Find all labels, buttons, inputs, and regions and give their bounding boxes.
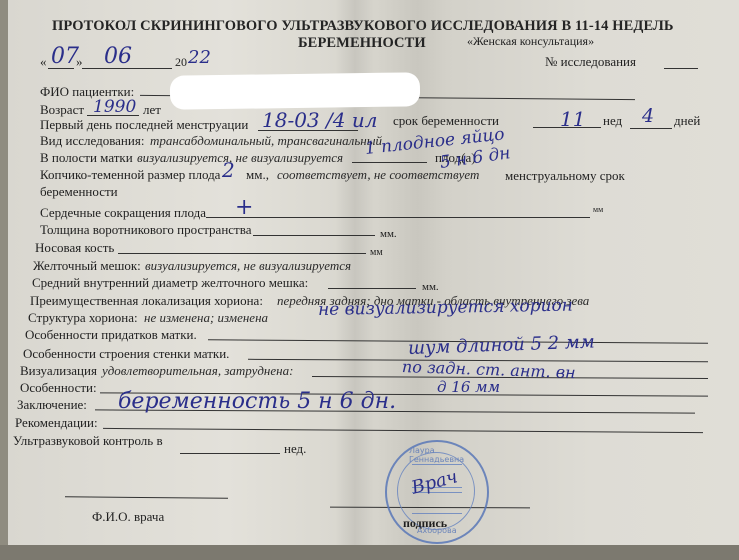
crl-label: Копчико-теменной размер плода	[40, 167, 220, 183]
conclusion-label: Заключение:	[17, 397, 87, 413]
gest-weeks-value[interactable]: 11	[560, 107, 585, 131]
stamp-text-top: Лаура Геннадьевна	[409, 446, 487, 464]
nasal-unit: мм	[370, 247, 383, 258]
date-year-suffix[interactable]: 22	[188, 47, 211, 68]
adnexa-label: Особенности придатков матки.	[25, 327, 197, 343]
us-control-label: Ультразвуковой контроль в	[13, 433, 163, 449]
heart-line	[206, 217, 590, 218]
conclusion-value[interactable]: беременность 5 н 6 дн.	[118, 389, 396, 414]
features-label: Особенности:	[20, 380, 97, 396]
yolk-diam-unit: мм.	[422, 281, 439, 293]
heart-unit: мм	[593, 205, 603, 214]
clinic-name: «Женская консультация»	[467, 34, 594, 49]
crl-unit: мм.,	[246, 167, 269, 183]
gest-days-unit: дней	[674, 113, 700, 129]
signature-label: подпись	[403, 516, 447, 531]
chorion-loc-label: Преимущественная локализация хориона:	[30, 293, 263, 309]
nasal-label: Носовая кость	[35, 240, 114, 256]
visual-label: Визуализация	[20, 363, 97, 379]
features-handwritten[interactable]: д 16 мм	[437, 378, 500, 396]
date-day-line	[48, 68, 74, 69]
background-edge	[0, 0, 8, 560]
age-value[interactable]: 1990	[93, 97, 136, 117]
gest-weeks-unit: нед	[603, 113, 622, 129]
study-type-options[interactable]: трансабдоминальный, трансвагинальный	[150, 133, 382, 149]
chorion-struct-label: Структура хориона:	[28, 310, 138, 326]
yolk-label: Желточный мешок:	[33, 258, 141, 274]
redacted-patient-name	[170, 72, 420, 109]
crl-line2: беременности	[40, 184, 118, 200]
nasal-line[interactable]	[118, 253, 366, 254]
uterus-options[interactable]: визуализируется, не визуализируется	[137, 150, 343, 166]
uterus-label: В полости матки	[40, 150, 133, 166]
crl-value[interactable]: 2	[222, 158, 235, 182]
heart-value[interactable]: +	[235, 195, 253, 220]
date-month-line	[82, 68, 172, 69]
recommendations-label: Рекомендации:	[15, 415, 98, 431]
us-control-unit: нед.	[284, 441, 306, 457]
heart-label: Сердечные сокращения плода	[40, 205, 206, 221]
background-bottom	[0, 545, 739, 560]
yolk-options[interactable]: визуализируется, не визуализируется	[145, 258, 351, 274]
form-title-line2: БЕРЕМЕННОСТИ	[298, 35, 426, 52]
doctor-label: Ф.И.О. врача	[92, 509, 164, 525]
study-type-label: Вид исследования:	[40, 133, 144, 149]
wall-label: Особенности строения стенки матки.	[23, 346, 229, 362]
age-label: Возраст	[40, 102, 84, 118]
uterus-line	[352, 162, 427, 163]
gest-days-value[interactable]: 4	[642, 105, 654, 127]
date-open-quote: «	[40, 54, 47, 70]
age-unit: лет	[143, 102, 161, 118]
crl-tail: менструальному срок	[505, 168, 625, 184]
lmp-label: Первый день последней менструации	[40, 117, 248, 133]
study-number-line[interactable]	[664, 68, 698, 69]
yolk-diam-label: Средний внутренний диаметр желточного ме…	[32, 275, 308, 291]
study-number-label: № исследования	[545, 54, 636, 70]
date-month[interactable]: 06	[104, 44, 132, 69]
date-day[interactable]: 07	[51, 44, 79, 69]
nt-unit: мм.	[380, 228, 397, 240]
gest-days-line	[630, 128, 672, 129]
date-year-prefix: 20	[175, 55, 187, 70]
visual-options[interactable]: удовлетворительная, затруднена:	[102, 363, 293, 379]
us-control-line[interactable]	[180, 453, 280, 454]
lmp-value[interactable]: 18-03 /4 ил	[262, 108, 377, 132]
form-title: ПРОТОКОЛ СКРИНИНГОВОГО УЛЬТРАЗВУКОВОГО И…	[52, 18, 674, 35]
yolk-diam-line[interactable]	[328, 288, 416, 289]
chorion-struct-options[interactable]: не изменена; изменена	[144, 310, 268, 326]
nt-label: Толщина воротникового пространства	[40, 222, 251, 238]
nt-line[interactable]	[253, 235, 375, 236]
